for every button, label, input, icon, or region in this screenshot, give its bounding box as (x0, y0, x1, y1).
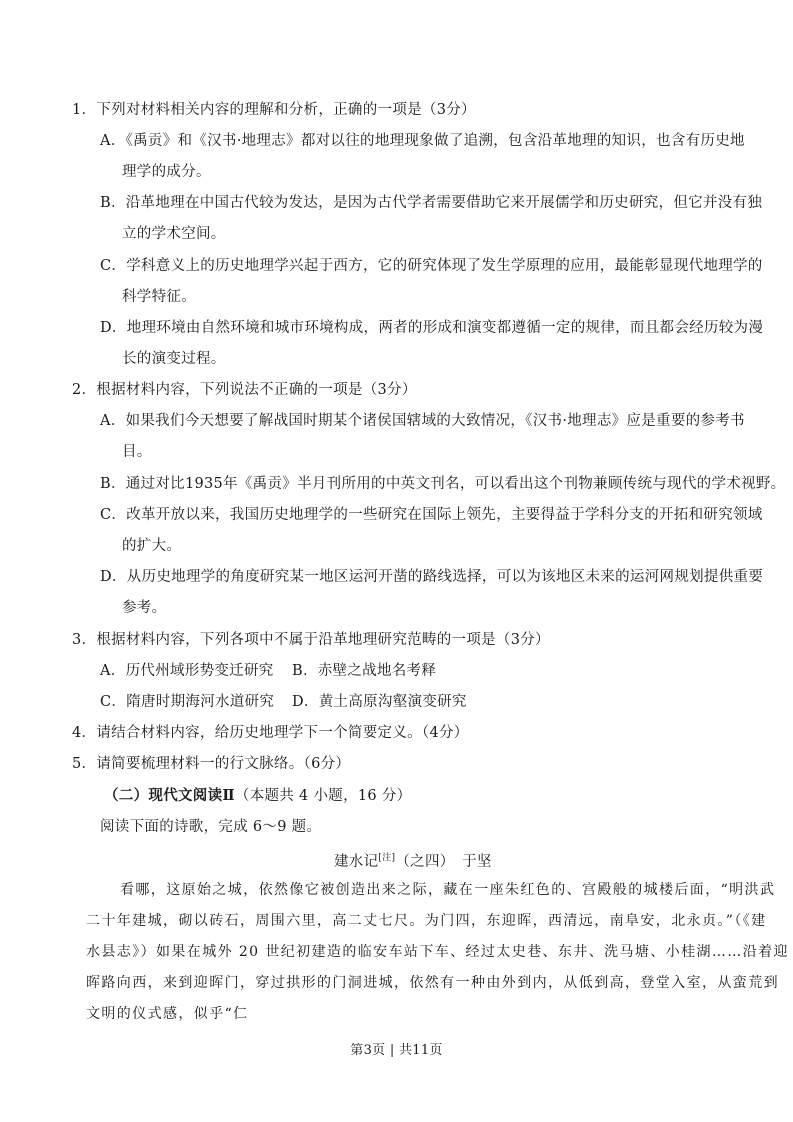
poem-line: 二十年建城，砌以砖石，周围六里，高二丈七尺。为门四，东迎晖，西清远，南阜安，北永… (86, 911, 767, 931)
q1-option-c-cont: 科学特征。 (122, 287, 196, 307)
q2-option-c: C．改革开放以来，我国历史地理学的一些研究在国际上领先，主要得益于学科分支的开拓… (100, 505, 763, 525)
poem-title: 建水记[注]（之四） 于坚 (334, 848, 492, 872)
q1-option-a-cont: 理学的成分。 (122, 162, 211, 182)
poem-line: 晖路向西，来到迎晖门，穿过拱形的门洞进城，依然有一种由外到内，从低到高，登堂入室… (86, 973, 779, 993)
q1-option-b-cont: 立的学术空间。 (122, 224, 226, 244)
q3-option-c: C．隋唐时期海河水道研究 (100, 692, 274, 712)
q1-option-b: B．沿革地理在中国古代较为发达，是因为古代学者需要借助它来开展儒学和历史研究，但… (100, 193, 762, 213)
q2-option-c-cont: 的扩大。 (122, 536, 181, 556)
q2-stem: 2．根据材料内容，下列说法不正确的一项是（3分） (72, 380, 417, 400)
q5-stem: 5．请简要梳理材料一的行文脉络。（6分） (72, 754, 350, 774)
poem-line: 看哪，这原始之城，依然像它被创造出来之际，藏在一座朱红色的、宫殿般的城楼后面，“… (120, 880, 775, 900)
q3-option-b: B．赤壁之战地名考释 (292, 661, 436, 681)
poem-line: 文明的仪式感，似乎“仁 (86, 1004, 249, 1024)
q2-option-a: A．如果我们今天想要了解战国时期某个诸侯国辖域的大致情况，《汉书·地理志》应是重… (100, 411, 745, 431)
q3-option-d: D．黄土高原沟壑演变研究 (292, 692, 467, 712)
section2-title: （二）现代文阅读Ⅱ (104, 787, 235, 804)
q2-option-d: D．从历史地理学的角度研究某一地区运河开凿的路线选择，可以为该地区未来的运河网规… (100, 567, 763, 587)
q2-option-d-cont: 参考。 (122, 598, 166, 618)
q1-option-c: C．学科意义上的历史地理学兴起于西方，它的研究体现了发生学原理的应用，最能彰显现… (100, 256, 763, 276)
q1-option-a: A．《禹贡》和《汉书·地理志》都对以往的地理现象做了追溯，包含沿革地理的知识，也… (100, 131, 745, 151)
q3-option-a: A．历代州域形势变迁研究 (100, 661, 274, 681)
poem-title-footnote-marker: [注] (378, 853, 395, 863)
q1-option-d: D．地理环境由自然环境和城市环境构成，两者的形成和演变都遵循一定的规律，而且都会… (100, 318, 763, 338)
section2-heading: （二）现代文阅读Ⅱ（本题共 4 小题，16 分） (104, 786, 411, 806)
q2-option-b: B．通过对比1935年《禹贡》半月刊所用的中英文刊名，可以看出这个刊物兼顾传统与… (100, 474, 785, 494)
poem-title-main: 建水记 (334, 854, 378, 870)
poem-title-author: （之四） 于坚 (395, 854, 491, 870)
q1-option-d-cont: 长的演变过程。 (122, 349, 226, 369)
section2-note: （本题共 4 小题，16 分） (235, 788, 412, 804)
q1-stem: 1．下列对材料相关内容的理解和分析，正确的一项是（3分） (72, 100, 476, 120)
section2-instruction: 阅读下面的诗歌，完成 6～9 题。 (100, 817, 321, 837)
q4-stem: 4．请结合材料内容，给历史地理学下一个简要定义。（4分） (72, 723, 469, 743)
page-footer: 第3页 | 共11页 (0, 1041, 793, 1061)
poem-line: 水县志》）如果在城外 20 世纪初建造的临安车站下车、经过太史巷、东井、洗马塘、… (86, 942, 789, 962)
q3-stem: 3．根据材料内容，下列各项中不属于沿革地理研究范畴的一项是（3分） (72, 630, 550, 650)
q2-option-a-cont: 目。 (122, 442, 152, 462)
